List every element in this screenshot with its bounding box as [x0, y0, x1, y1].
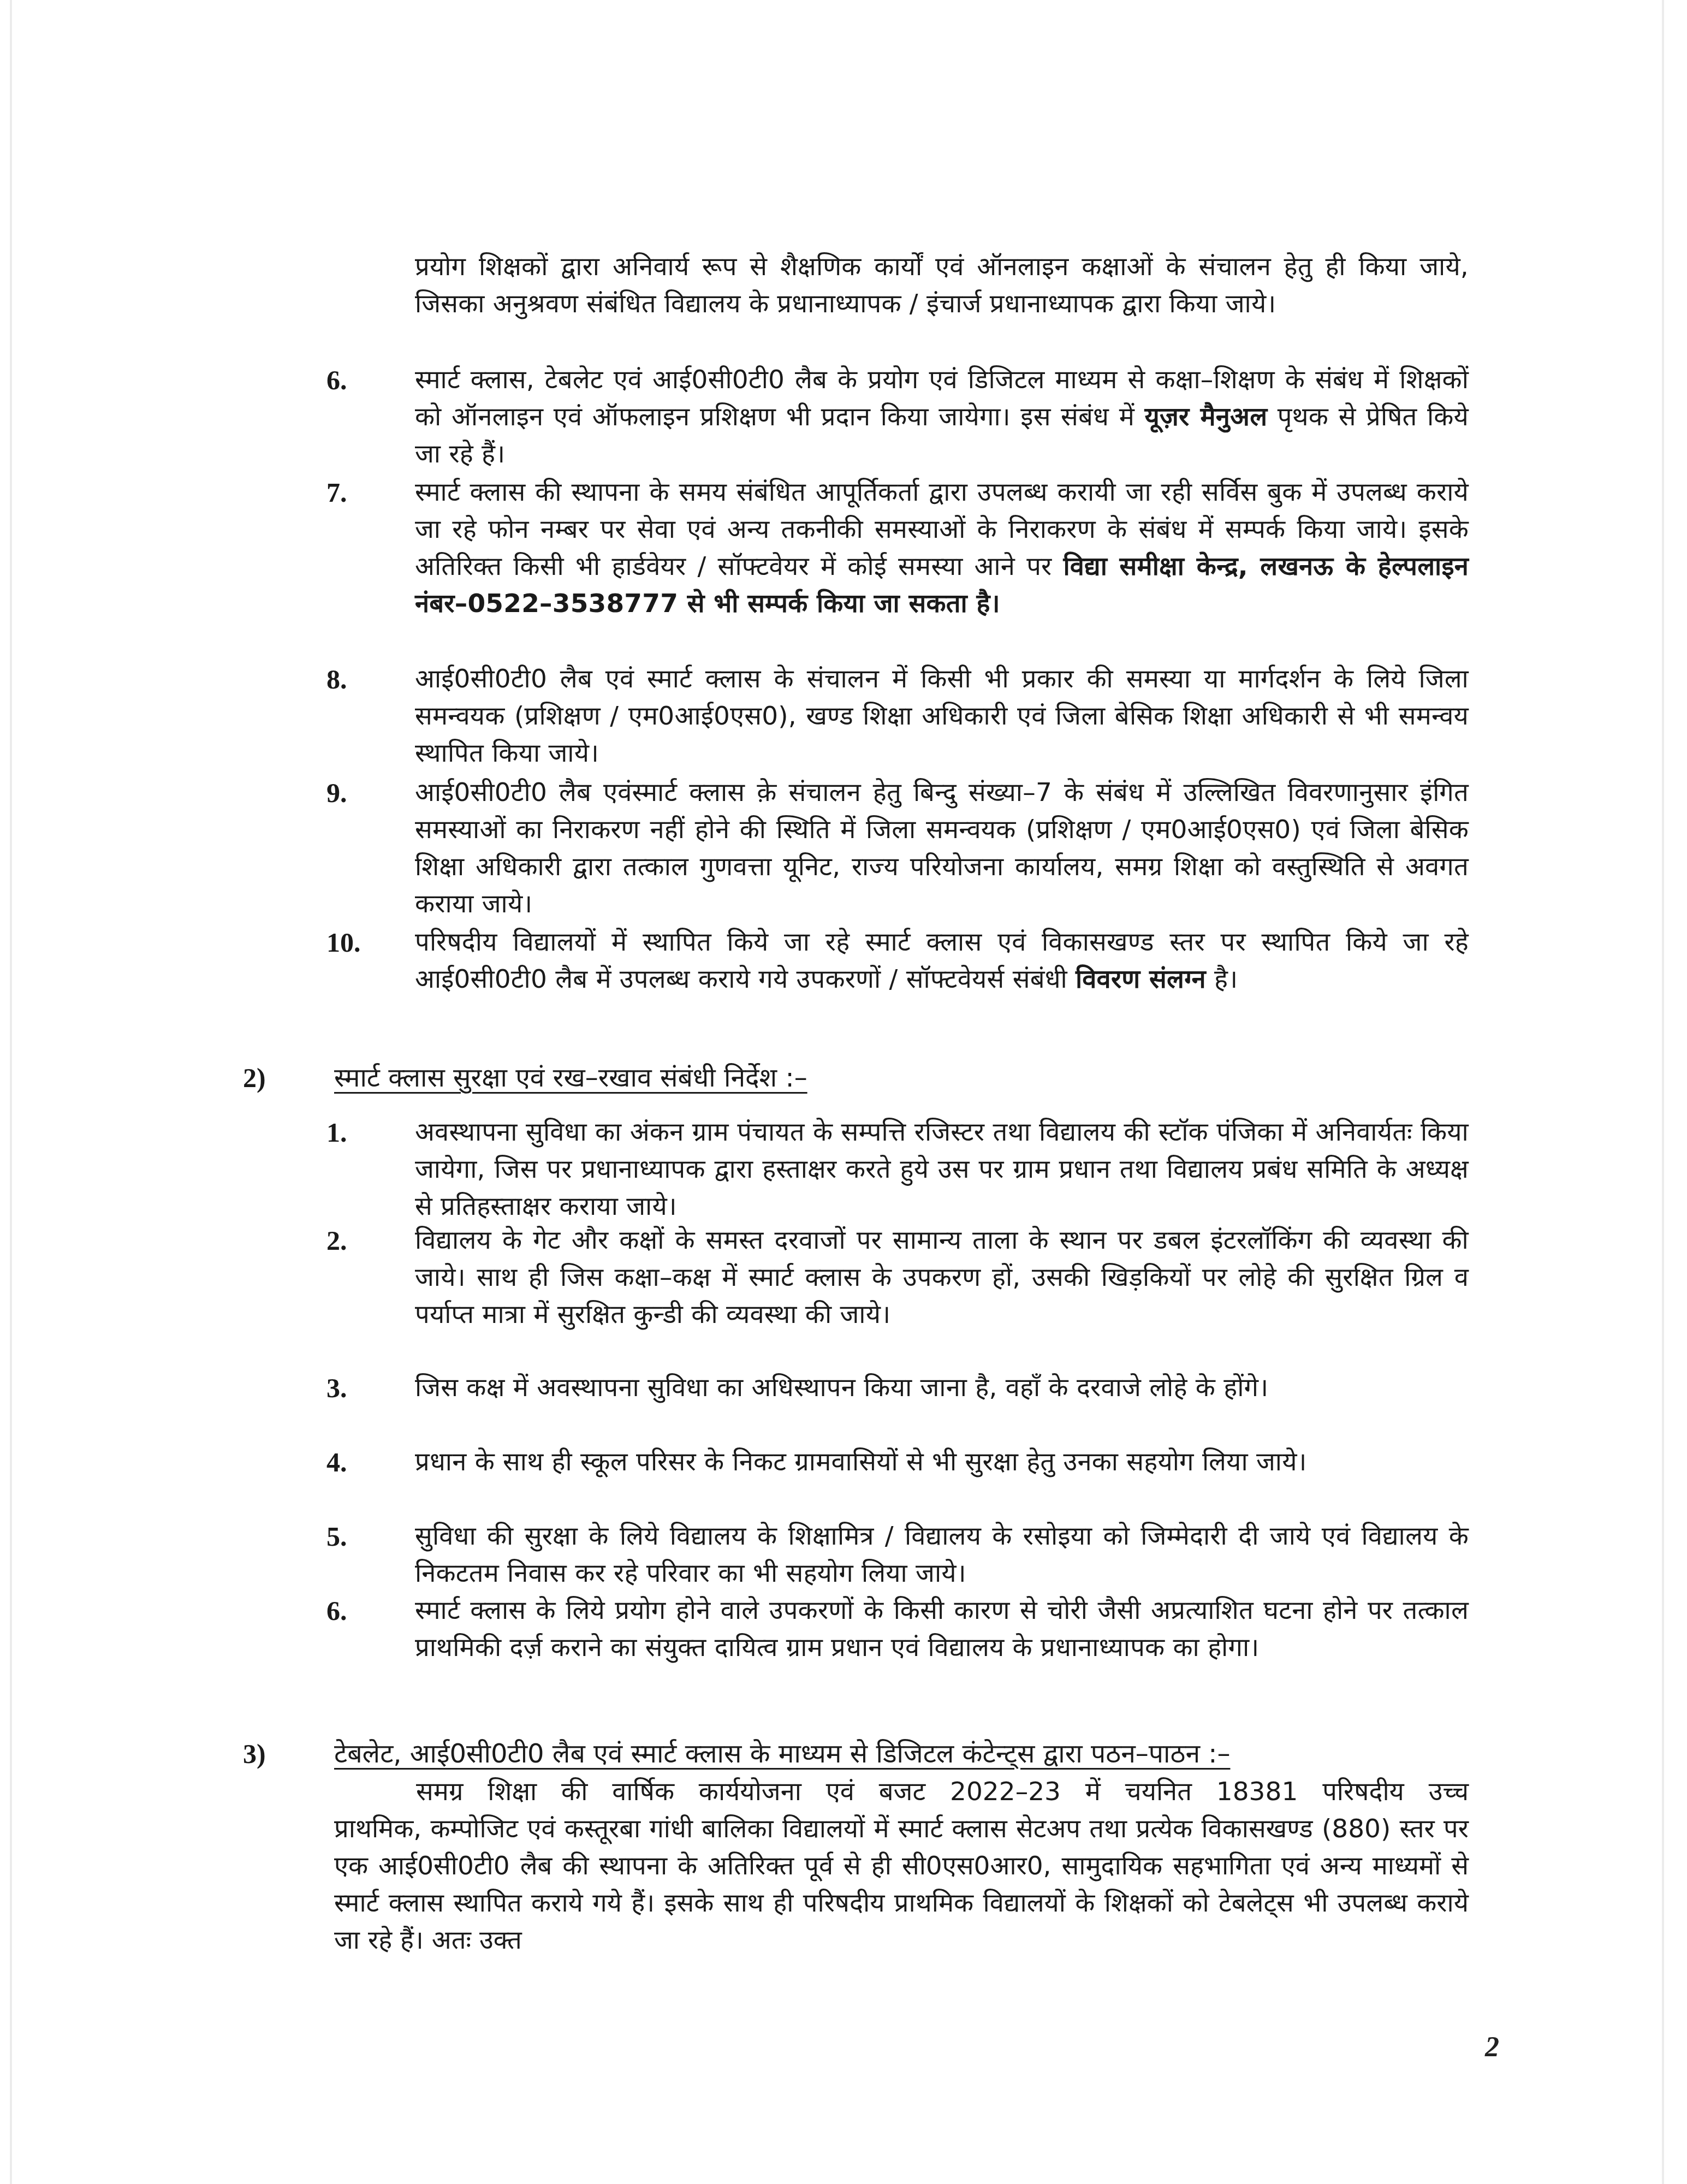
item-number: 9.	[326, 774, 347, 811]
section2-number: 2)	[243, 1059, 266, 1096]
item-number: 1.	[326, 1114, 347, 1151]
page-number: 2	[1485, 2031, 1499, 2063]
item-text: सुविधा की सुरक्षा के लिये विद्यालय के शि…	[415, 1521, 1469, 1588]
section1-item-6: स्मार्ट क्लास, टेबलेट एवं आई0सी0टी0 लैब …	[415, 361, 1469, 473]
item-text: आई0सी0टी0 लैब एवं स्मार्ट क्लास के संचाल…	[415, 664, 1469, 768]
item-text: परिषदीय विद्यालयों में स्थापित किये जा र…	[415, 927, 1469, 994]
continuation-text: प्रयोग शिक्षकों द्वारा अनिवार्य रूप से श…	[415, 252, 1469, 319]
document-page: प्रयोग शिक्षकों द्वारा अनिवार्य रूप से श…	[0, 0, 1687, 2184]
item-bold-text: यूज़र मैनुअल	[1145, 402, 1268, 432]
section3-heading: टेबलेट, आई0सी0टी0 लैब एवं स्मार्ट क्लास …	[334, 1735, 1230, 1772]
section1-item-10: परिषदीय विद्यालयों में स्थापित किये जा र…	[415, 924, 1469, 998]
section3-number: 3)	[243, 1735, 266, 1772]
section1-continuation: प्रयोग शिक्षकों द्वारा अनिवार्य रूप से श…	[415, 248, 1469, 323]
item-number: 10.	[326, 924, 361, 961]
item-number: 8.	[326, 661, 347, 698]
item-number: 6.	[326, 361, 347, 399]
item-text: प्रधान के साथ ही स्कूल परिसर के निकट ग्र…	[415, 1447, 1307, 1477]
intro-rest: प्राथमिक, कम्पोजिट एवं कस्तूरबा गांधी बा…	[334, 1811, 1469, 1959]
section1-item-8: आई0सी0टी0 लैब एवं स्मार्ट क्लास के संचाल…	[415, 661, 1469, 772]
item-text-after: है।	[1206, 964, 1238, 994]
scan-edge-right	[1662, 0, 1664, 2184]
section2-item-6: स्मार्ट क्लास के लिये प्रयोग होने वाले उ…	[415, 1592, 1469, 1666]
item-text: स्मार्ट क्लास के लिये प्रयोग होने वाले उ…	[415, 1595, 1469, 1663]
section2-item-1: अवस्थापना सुविधा का अंकन ग्राम पंचायत के…	[415, 1114, 1469, 1225]
scan-edge-left	[10, 0, 12, 2184]
item-number: 2.	[326, 1222, 347, 1259]
item-text: आई0सी0टी0 लैब एवंस्मार्ट क्लास क़े संचाल…	[415, 778, 1469, 919]
item-text: विद्यालय के गेट और कक्षों के समस्त दरवाज…	[415, 1225, 1469, 1330]
item-number: 6.	[326, 1592, 347, 1629]
section2-item-2: विद्यालय के गेट और कक्षों के समस्त दरवाज…	[415, 1222, 1469, 1333]
intro-first-line: समग्र शिक्षा की वार्षिक कार्ययोजना एवं ब…	[334, 1773, 1469, 1811]
item-bold-text: विवरण संलग्न	[1076, 964, 1206, 994]
section2-item-3: जिस कक्ष में अवस्थापना सुविधा का अधिस्था…	[415, 1369, 1469, 1406]
item-text: जिस कक्ष में अवस्थापना सुविधा का अधिस्था…	[415, 1373, 1268, 1403]
item-number: 4.	[326, 1444, 347, 1481]
section1-item-9: आई0सी0टी0 लैब एवंस्मार्ट क्लास क़े संचाल…	[415, 774, 1469, 923]
section1-item-7: स्मार्ट क्लास की स्थापना के समय संबंधित …	[415, 474, 1469, 622]
item-text: अवस्थापना सुविधा का अंकन ग्राम पंचायत के…	[415, 1117, 1469, 1221]
section2-item-4: प्रधान के साथ ही स्कूल परिसर के निकट ग्र…	[415, 1444, 1469, 1481]
section2-item-5: सुविधा की सुरक्षा के लिये विद्यालय के शि…	[415, 1518, 1469, 1592]
item-number: 7.	[326, 474, 347, 511]
item-number: 5.	[326, 1518, 347, 1555]
item-number: 3.	[326, 1369, 347, 1406]
section3-intro: समग्र शिक्षा की वार्षिक कार्ययोजना एवं ब…	[334, 1773, 1469, 1959]
section2-heading: स्मार्ट क्लास सुरक्षा एवं रख–रखाव संबंधी…	[334, 1059, 807, 1096]
